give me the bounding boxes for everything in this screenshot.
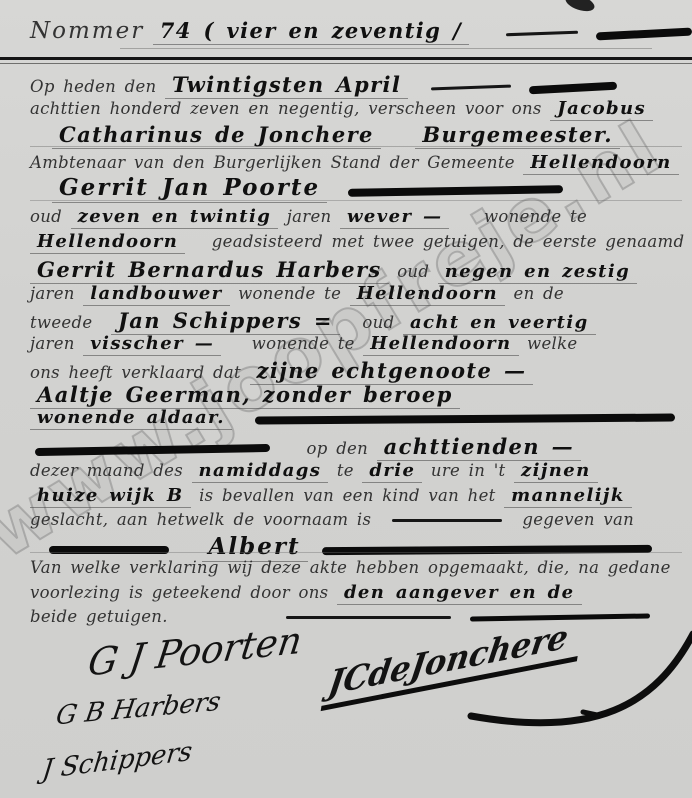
ink-stroke <box>529 81 617 94</box>
birth-house-pronoun: zijnen <box>514 460 598 483</box>
divider-rule <box>0 57 692 60</box>
printed-text: oud <box>362 313 394 332</box>
declaration-fill: zijne echtgenoote — <box>250 358 534 385</box>
printed-text: is bevallen van een kind van het <box>199 486 495 505</box>
child-name-intro-line: geslacht, aan hetwelk de voornaam is geg… <box>30 510 686 529</box>
printed-text: tweede <box>30 313 92 332</box>
witness1-age: negen en zestig <box>438 261 637 284</box>
printed-text: gegeven van <box>522 510 634 529</box>
ink-stroke <box>431 85 511 91</box>
closing-line-2: voorlezing is geteekend door ons den aan… <box>30 582 686 603</box>
civil-registry-birth-record-scan: www.joopfreje.nl Nommer 74 ( vier en zev… <box>0 0 692 798</box>
printed-text: geadsisteerd met twee getuigen, de eerst… <box>212 232 685 251</box>
birth-day-value: achttienden — <box>377 434 582 461</box>
declarant-residence-line: Hellendoorn geadsisteerd met twee getuig… <box>30 231 686 252</box>
guide-line <box>30 146 682 147</box>
printed-text: wonende te <box>252 334 355 353</box>
printed-text: geslacht, aan hetwelk de voornaam is <box>30 510 371 529</box>
registrar-first-name: Jacobus <box>550 98 653 121</box>
witness2-residence: Hellendoorn <box>363 333 518 356</box>
witness1-name-line: Gerrit Bernardus Harbers oud negen en ze… <box>30 257 686 282</box>
guide-line <box>30 200 682 201</box>
signed-by-fill: den aangever en de <box>337 582 582 605</box>
printed-text: Op heden den <box>30 77 156 96</box>
divider-rule <box>0 63 692 64</box>
registrar-name: Catharinus de Jonchere <box>52 122 381 149</box>
municipality-name: Hellendoorn <box>523 152 678 175</box>
printed-text: voorlezing is geteekend door ons <box>30 583 328 602</box>
birth-part-of-day: namiddags <box>192 460 329 483</box>
printed-text: ons heeft verklaard dat <box>30 363 241 382</box>
printed-text: dezer maand des <box>30 461 183 480</box>
ink-stroke <box>348 185 563 197</box>
printed-text: wonende te <box>484 207 587 226</box>
printed-text: achttien honderd zeven en negentig, vers… <box>30 99 542 118</box>
declarant-residence: Hellendoorn <box>30 231 185 254</box>
mother-residence: wonende aldaar. <box>30 407 232 430</box>
guide-line <box>120 48 652 49</box>
child-name-line: Albert <box>44 533 686 560</box>
signature-witness1: G B Harbers <box>54 687 223 732</box>
printed-text: welke <box>527 334 577 353</box>
witness1-name: Gerrit Bernardus Harbers <box>30 257 389 284</box>
registration-date-line: Op heden den Twintigsten April <box>30 72 686 97</box>
guide-line <box>30 552 682 553</box>
record-number-line: Nommer 74 ( vier en zeventig / <box>30 18 686 44</box>
declarant-details-line: oud zeven en twintig jaren wever — wonen… <box>30 206 686 227</box>
printed-text: jaren <box>287 207 332 226</box>
ink-blot <box>564 0 597 14</box>
witness2-age: acht en veertig <box>403 312 596 335</box>
witness2-details-line: jaren visscher — wonende te Hellendoorn … <box>30 333 686 354</box>
declarant-occupation: wever — <box>340 206 449 229</box>
signature-flourish <box>455 620 692 770</box>
printed-text: jaren <box>30 334 75 353</box>
mother-residence-line: wonende aldaar. <box>30 407 686 428</box>
witness1-details-line: jaren landbouwer wonende te Hellendoorn … <box>30 283 686 304</box>
declarant-name: Gerrit Jan Poorte <box>52 174 327 203</box>
ink-stroke <box>506 31 578 37</box>
birth-hour: drie <box>362 460 422 483</box>
official-capacity-line: Ambtenaar van den Burgerlijken Stand der… <box>30 152 686 173</box>
signature-witness2: J Schippers <box>41 736 194 785</box>
printed-text: oud <box>30 207 62 226</box>
ink-stroke <box>35 443 270 455</box>
registrar-title: Burgemeester. <box>415 122 620 149</box>
birth-date-line: op den achttienden — <box>30 434 686 459</box>
declarant-name-line: Gerrit Jan Poorte <box>52 174 686 201</box>
declarant-age: zeven en twintig <box>71 206 279 229</box>
ink-stroke <box>286 616 451 619</box>
child-gender: mannelijk <box>504 485 632 508</box>
printed-text: te <box>337 461 354 480</box>
registration-date-value: Twintigsten April <box>165 72 408 99</box>
year-line: achttien honderd zeven en negentig, vers… <box>30 98 686 119</box>
ink-stroke <box>254 413 674 424</box>
ink-stroke <box>392 519 502 522</box>
printed-text: jaren <box>30 284 75 303</box>
mother-name: Aaltje Geerman, zonder beroep <box>30 382 460 409</box>
printed-text: Van welke verklaring wij deze akte hebbe… <box>30 558 671 577</box>
printed-text: Ambtenaar van den Burgerlijken Stand der… <box>30 153 515 172</box>
mother-name-line: Aaltje Geerman, zonder beroep <box>30 382 686 407</box>
printed-text: ure in 't <box>431 461 506 480</box>
closing-line-1: Van welke verklaring wij deze akte hebbe… <box>30 558 686 577</box>
ink-stroke <box>596 27 692 40</box>
birth-house-wijk: huize wijk B <box>30 485 191 508</box>
witness2-name-line: tweede Jan Schippers = oud acht en veert… <box>30 308 686 333</box>
birth-time-line: dezer maand des namiddags te drie ure in… <box>30 460 686 481</box>
record-number-value: 74 ( vier en zeventig / <box>153 18 469 45</box>
declaration-line: ons heeft verklaard dat zijne echtgenoot… <box>30 358 686 383</box>
witness2-occupation: visscher — <box>83 333 221 356</box>
ink-stroke <box>322 544 652 554</box>
nommer-label: Nommer <box>30 18 144 44</box>
printed-text: beide getuigen. <box>30 607 168 626</box>
printed-text: en de <box>514 284 564 303</box>
printed-text: wonende te <box>238 284 341 303</box>
birth-place-line: huize wijk B is bevallen van een kind va… <box>30 485 686 506</box>
registrar-name-line: Catharinus de Jonchere Burgemeester. <box>52 122 686 147</box>
printed-text: op den <box>307 439 369 458</box>
witness1-residence: Hellendoorn <box>350 283 505 306</box>
printed-text: oud <box>397 262 429 281</box>
witness1-occupation: landbouwer <box>83 283 229 306</box>
signature-declarant: G J Poorten <box>86 618 305 684</box>
witness2-name: Jan Schippers = <box>111 308 340 335</box>
